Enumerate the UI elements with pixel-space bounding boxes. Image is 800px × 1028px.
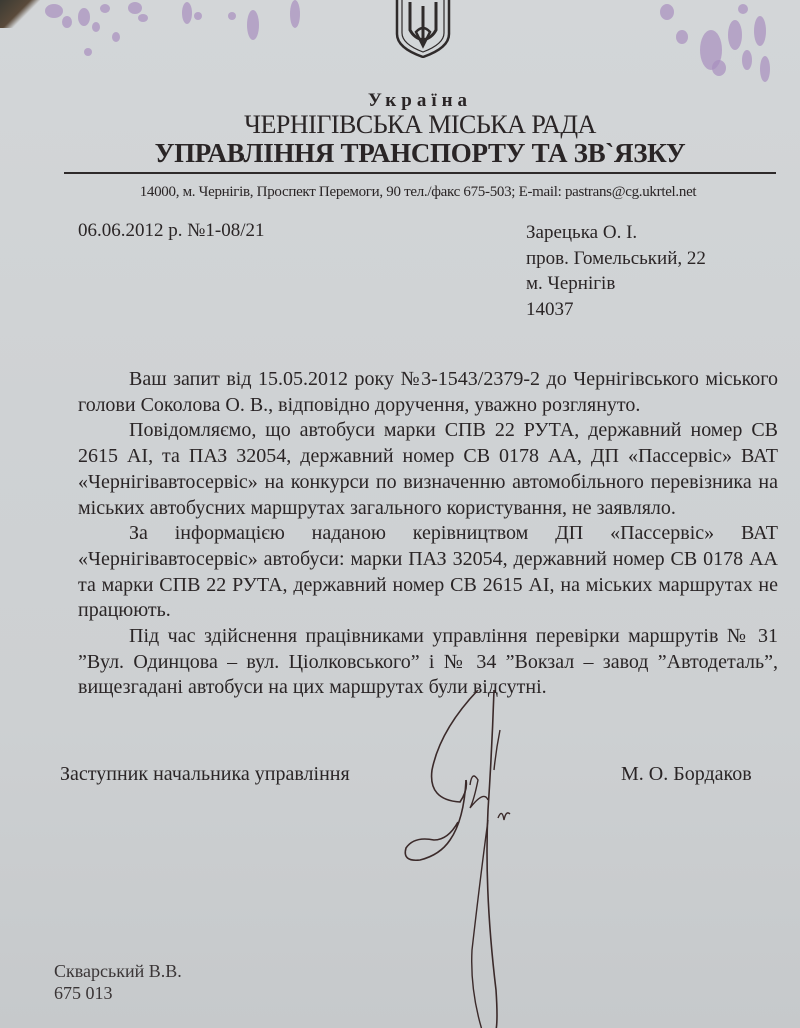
signatory-title: Заступник начальника управління xyxy=(60,763,350,786)
letterhead-address: 14000, м. Чернігів, Проспект Перемоги, 9… xyxy=(0,184,800,201)
executor-phone: 675 013 xyxy=(54,982,182,1004)
body-paragraph: Повідомляємо, що автобуси марки СПВ 22 Р… xyxy=(78,418,778,521)
body-paragraph: Ваш запит від 15.05.2012 року №3-1543/23… xyxy=(78,367,778,418)
handwritten-signature-icon xyxy=(400,690,530,1028)
recipient-street: пров. Гомельський, 22 xyxy=(526,246,706,272)
recipient-postal-code: 14037 xyxy=(526,297,706,323)
letter-page: Україна ЧЕРНІГІВСЬКА МІСЬКА РАДА УПРАВЛІ… xyxy=(0,0,800,1028)
recipient-block: Зарецька О. І. пров. Гомельський, 22 м. … xyxy=(526,220,706,322)
letterhead-country: Україна xyxy=(0,90,800,112)
photo-corner-shadow xyxy=(0,0,40,28)
signatory-name: М. О. Бордаков xyxy=(621,763,752,786)
outgoing-reference: 06.06.2012 р. №1-08/21 xyxy=(78,220,264,242)
ukraine-trident-emblem-icon xyxy=(392,0,454,58)
letterhead-council: ЧЕРНІГІВСЬКА МІСЬКА РАДА xyxy=(0,110,800,140)
letterhead-divider xyxy=(64,172,776,174)
letterhead-department: УПРАВЛІННЯ ТРАНСПОРТУ ТА ЗВ`ЯЗКУ xyxy=(0,138,800,169)
recipient-name: Зарецька О. І. xyxy=(526,220,706,246)
body-paragraph: За інформацією наданою керівництвом ДП «… xyxy=(78,521,778,624)
recipient-city: м. Чернігів xyxy=(526,271,706,297)
letter-body: Ваш запит від 15.05.2012 року №3-1543/23… xyxy=(78,367,778,701)
executor-block: Скварський В.В. 675 013 xyxy=(54,960,182,1004)
executor-name: Скварський В.В. xyxy=(54,960,182,982)
